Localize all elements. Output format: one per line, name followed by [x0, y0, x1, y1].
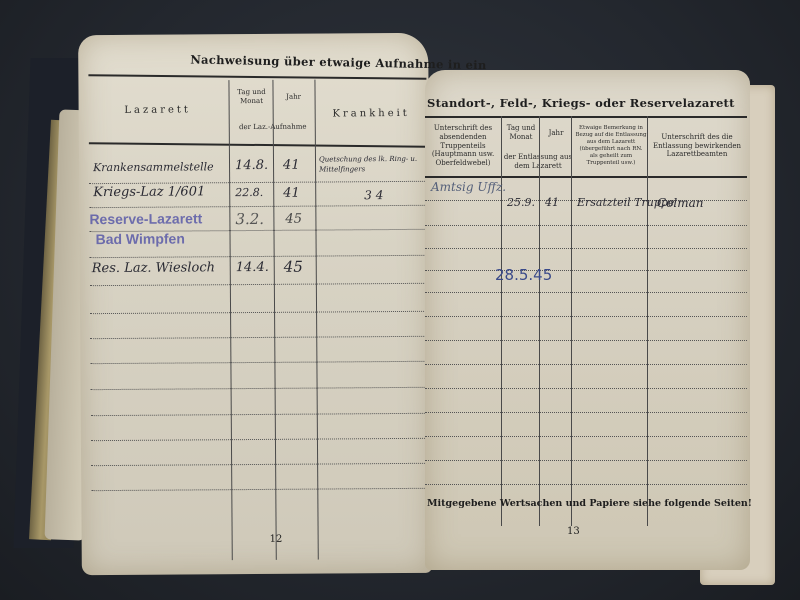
entry-jahr-1: 41: [283, 158, 300, 173]
entry-jahr-1: 41: [545, 196, 559, 209]
col-divider: [228, 80, 232, 560]
row-rule: [425, 340, 747, 341]
col-header-jahr: Jahr: [541, 118, 571, 148]
row-rule: [90, 311, 428, 314]
entry-lazarett-2: Kriegs-Laz 1/601: [93, 184, 205, 200]
col-divider: [501, 116, 502, 526]
row-rule: [425, 388, 747, 389]
entry-jahr-3: 45: [285, 212, 302, 227]
page-number-right: 13: [567, 526, 580, 537]
row-rule: [91, 387, 429, 390]
entry-jahr-4: 45: [284, 258, 303, 276]
right-page: Standort-, Feld-, Kriegs- oder Reservela…: [425, 70, 750, 570]
entry-krankheit-2: 3 4: [364, 188, 383, 202]
col-header-lazarett: Lazarett: [88, 82, 226, 139]
entry-unterschrift-lazarett-1: Colman: [657, 196, 704, 210]
entry-tag-4: 14.4.: [236, 260, 269, 275]
row-rule: [425, 436, 747, 437]
col-divider: [539, 116, 540, 526]
col-header-krankheit: Krankheit: [319, 91, 424, 138]
entry-jahr-2: 41: [283, 186, 300, 201]
row-rule: [90, 255, 428, 258]
page-number-left: 12: [270, 534, 283, 545]
row-rule: [91, 488, 429, 491]
col-header-unterschrift-truppe: Unterschrift des absendenden Truppenteil…: [427, 118, 499, 174]
row-rule: [90, 361, 428, 364]
col-header-bemerkung: Etwaige Bemerkung in Bezug auf die Entla…: [575, 118, 647, 174]
row-rule: [425, 484, 747, 485]
row-rule: [425, 225, 747, 226]
stamp-line-1: Reserve-Lazarett: [89, 210, 202, 227]
entry-unterschrift-1: Amtsig Uffz.: [431, 180, 506, 194]
row-rule: [425, 292, 747, 293]
header-rule-top: [88, 74, 426, 79]
row-rule: [89, 205, 427, 208]
entry-tag-1: 14.8.: [235, 158, 268, 173]
right-page-title: Standort-, Feld-, Kriegs- oder Reservela…: [427, 96, 735, 110]
col-header-tag-monat: Tag und Monat: [230, 82, 272, 112]
entry-tag-1: 25.9.: [507, 196, 535, 209]
entry-lazarett-4: Res. Laz. Wiesloch: [92, 260, 215, 276]
header-rule-bottom: [89, 142, 427, 147]
entry-lazarett-1: Krankensammelstelle: [93, 160, 214, 174]
stamp-line-2: Bad Wimpfen: [95, 230, 184, 247]
row-rule: [90, 336, 428, 339]
col-divider: [647, 116, 648, 526]
entry-krankheit-1: Quetschung des lk. Ring- u. Mittelfinger…: [319, 155, 419, 175]
row-rule: [425, 412, 747, 413]
footer-note: Mitgegebene Wertsachen und Papiere siehe…: [427, 498, 752, 509]
col-header-jahr: Jahr: [274, 82, 312, 112]
entry-tag-3: 28.5.45: [495, 266, 552, 284]
header-rule-bottom: [425, 176, 747, 178]
row-rule: [89, 181, 427, 184]
col-divider: [571, 116, 572, 526]
row-rule: [90, 283, 428, 286]
row-rule: [425, 270, 747, 271]
col-header-unterschrift-lazarett: Unterschrift des die Entlassung bewirken…: [651, 118, 743, 174]
left-page: Nachweisung über etwaige Aufnahme in ein…: [78, 33, 432, 575]
row-rule: [91, 413, 429, 416]
row-rule: [425, 460, 747, 461]
row-rule: [425, 364, 747, 365]
row-rule: [91, 438, 429, 441]
entry-tag-2: 22.8.: [235, 186, 263, 199]
row-rule: [425, 248, 747, 249]
entry-tag-3: 3.2.: [235, 210, 264, 228]
col-header-tag-monat: Tag und Monat: [503, 118, 539, 148]
row-rule: [91, 463, 429, 466]
row-rule: [425, 316, 747, 317]
col-header-entlassung: der Entlassung aus dem Lazarett: [503, 150, 573, 174]
